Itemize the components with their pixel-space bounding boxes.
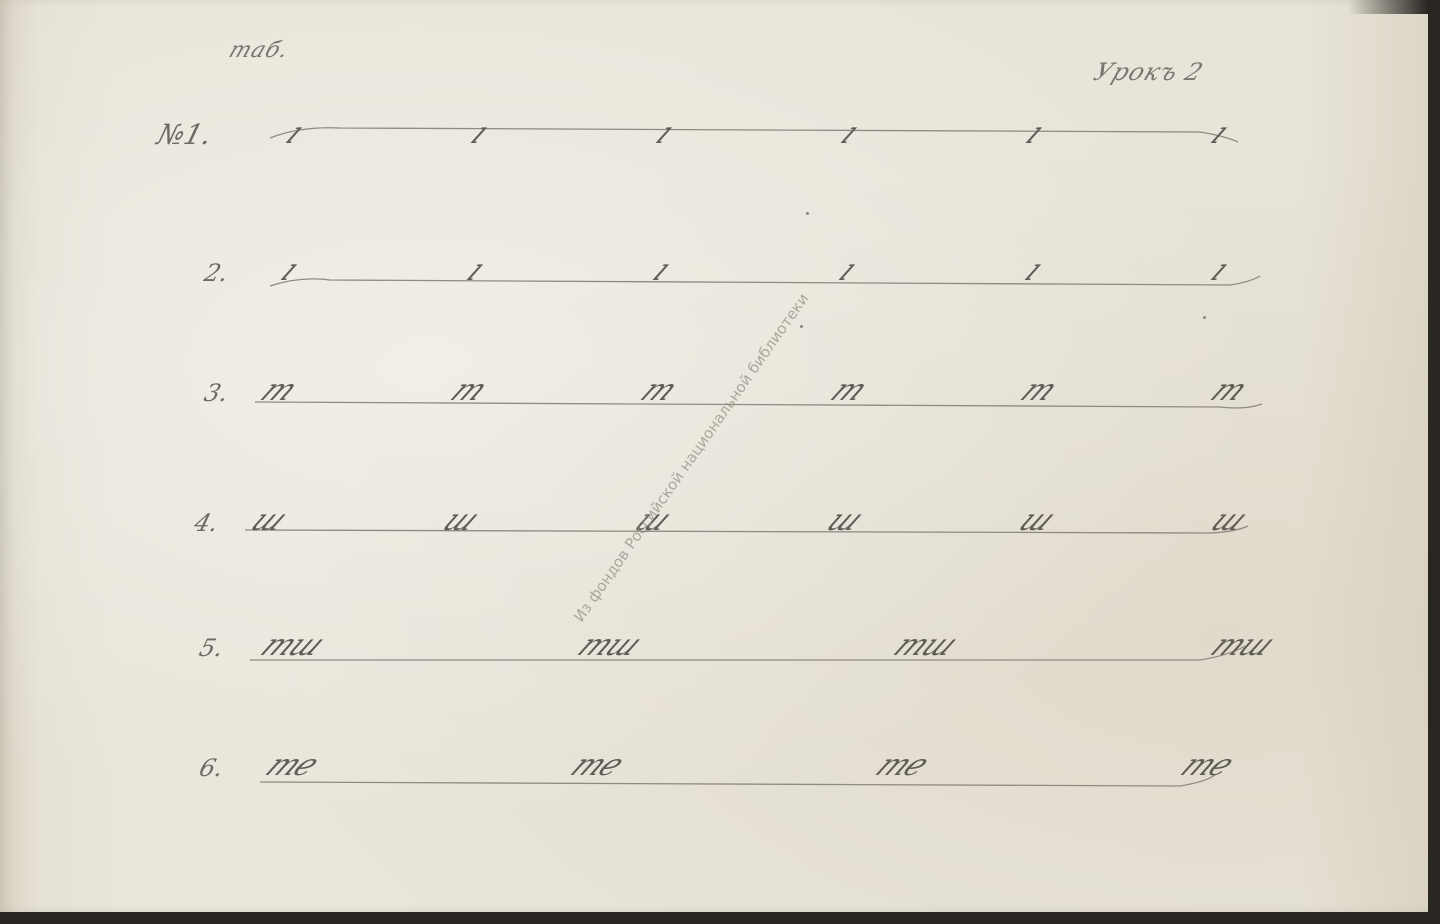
copybook-page: таб. Урокъ 2 №1.ıııııı2.ıııııı3.тттттт4.… [0, 0, 1428, 912]
row-number: №1. [154, 118, 216, 151]
ink-spot [800, 325, 803, 328]
ink-spot [1203, 316, 1206, 319]
ink-spot [806, 212, 809, 215]
